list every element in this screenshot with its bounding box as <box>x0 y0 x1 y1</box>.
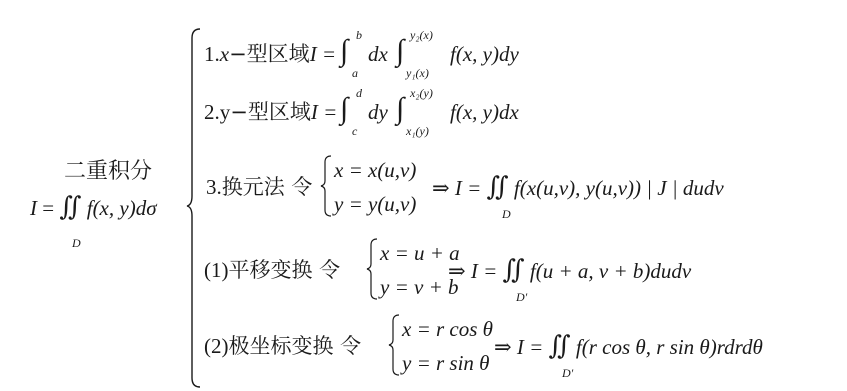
item-2-lhs: I = <box>311 100 337 124</box>
item-2-inner-lower: x₁(y) <box>406 124 429 139</box>
item-1-inner-lower: y₁(x) <box>406 66 429 81</box>
item-1-integrand: f(x, y)dy <box>450 42 519 66</box>
item-4-domain: D′ <box>516 290 527 305</box>
item-2-outer-lower: c <box>352 124 357 139</box>
item-1-outer-diff: dx <box>368 42 388 66</box>
double-integral-symbol: ∬ <box>59 192 81 221</box>
main-lhs: I <box>30 196 37 220</box>
item-5-system-1: x = r cos θ <box>402 317 493 341</box>
item-2-outer-diff: dy <box>368 100 388 124</box>
big-left-brace <box>186 28 202 388</box>
item-2: 2.y−型区域I = <box>204 100 337 124</box>
item-3-label: 3. <box>206 175 222 199</box>
item-2-inner-upper: x₂(y) <box>410 86 433 101</box>
item-1-inner-integral: ∫ <box>396 34 404 68</box>
item-4-method: 平移变换 令 <box>229 258 341 282</box>
item-1-var: x <box>220 42 229 66</box>
main-integrand: f(x, y)dσ <box>87 196 157 220</box>
item-3-brace <box>320 155 332 217</box>
item-4-system-2: y = v + b <box>380 275 458 299</box>
main-formula: I = ∬ f(x, y)dσ <box>30 195 157 220</box>
main-domain: D <box>72 236 81 251</box>
item-2-inner-integral: ∫ <box>396 92 404 126</box>
item-1-label: 1. <box>204 42 220 66</box>
item-3-lead: 3.换元法 令 <box>206 175 312 199</box>
item-5-result-expr: f(r cos θ, r sin θ)rdrdθ <box>576 335 763 359</box>
implies-arrow: ⇒ <box>432 176 450 200</box>
item-3-domain: D <box>502 207 511 222</box>
item-2-type: −型区域 <box>230 100 311 124</box>
item-4-result: ⇒ I = ∬ f(u + a, v + b)dudv <box>448 258 691 283</box>
item-2-outer-integral: ∫ <box>340 92 348 126</box>
title: 二重积分 <box>64 160 152 184</box>
item-3-result: ⇒ I = ∬ f(x(u,v), y(u,v)) | J | dudv <box>432 175 724 200</box>
item-3-system-1: x = x(u,v) <box>334 158 416 182</box>
item-5-system-2: y = r sin θ <box>402 351 490 375</box>
item-1: 1.x−型区域I = <box>204 42 336 66</box>
item-2-outer-upper: d <box>356 86 362 101</box>
item-2-label: 2. <box>204 100 220 124</box>
item-1-inner-upper: y₂(x) <box>410 28 433 43</box>
item-5-brace <box>388 314 400 376</box>
item-3-method: 换元法 令 <box>222 175 313 199</box>
item-3-result-expr: f(x(u,v), y(u,v)) | J | dudv <box>514 176 724 200</box>
item-1-type: −型区域 <box>229 42 310 66</box>
item-5-method: 极坐标变换 令 <box>229 334 362 358</box>
item-1-outer-upper: b <box>356 28 362 43</box>
item-1-outer-lower: a <box>352 66 358 81</box>
item-3-system-2: y = y(u,v) <box>334 192 416 216</box>
item-2-integrand: f(x, y)dx <box>450 100 519 124</box>
item-5-domain: D′ <box>562 366 573 381</box>
implies-arrow: ⇒ <box>448 259 466 283</box>
item-5-result: ⇒ I = ∬ f(r cos θ, r sin θ)rdrdθ <box>494 334 763 359</box>
main-eq: = <box>42 196 54 220</box>
item-4-result-lhs: I = <box>471 259 497 283</box>
item-3-result-lhs: I = <box>455 176 481 200</box>
item-2-var: y <box>220 100 231 124</box>
item-4-label: (1) <box>204 258 229 282</box>
item-1-lhs: I = <box>310 42 336 66</box>
implies-arrow: ⇒ <box>494 335 512 359</box>
double-integral-symbol: ∬ <box>503 255 525 284</box>
item-4-brace <box>366 238 378 300</box>
double-integral-symbol: ∬ <box>549 331 571 360</box>
item-5-result-lhs: I = <box>517 335 543 359</box>
item-4-lead: (1)平移变换 令 <box>204 258 340 282</box>
item-1-outer-integral: ∫ <box>340 34 348 68</box>
item-4-result-expr: f(u + a, v + b)dudv <box>530 259 691 283</box>
item-5-label: (2) <box>204 334 229 358</box>
double-integral-symbol: ∬ <box>487 172 509 201</box>
item-5-lead: (2)极坐标变换 令 <box>204 334 361 358</box>
